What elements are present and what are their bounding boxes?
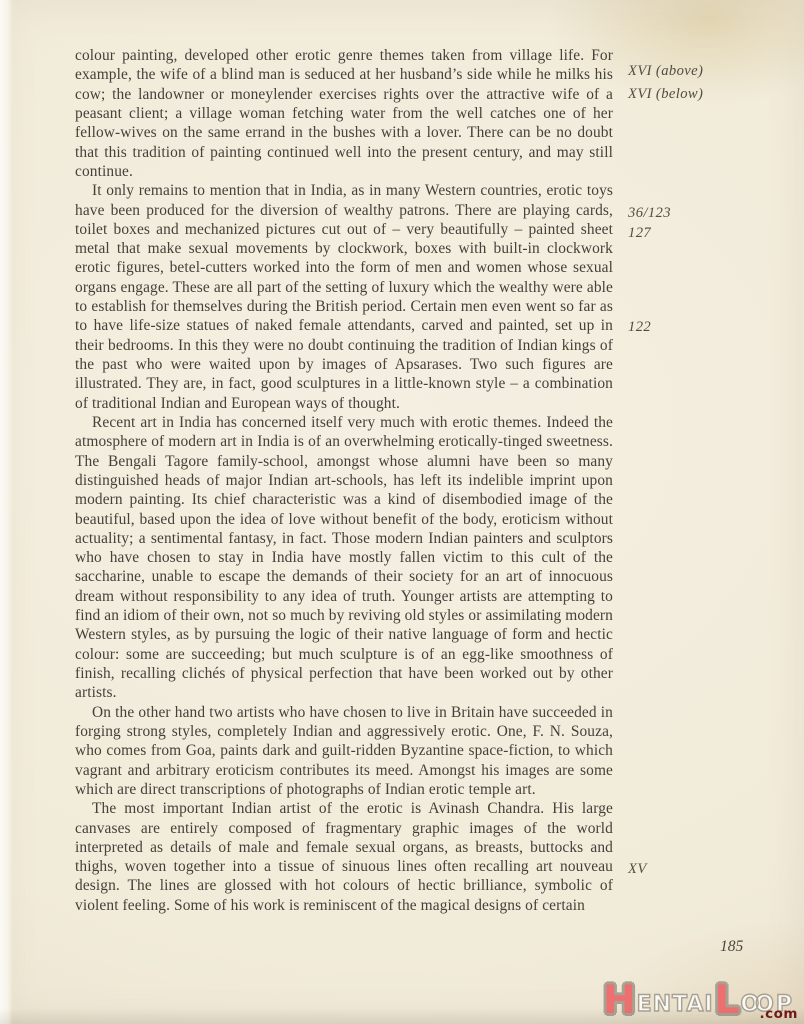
paragraph: It only remains to mention that in India… [75, 181, 613, 413]
paragraph: On the other hand two artists who have c… [75, 703, 613, 800]
margin-note-figure-ref: XV [628, 862, 647, 877]
paragraph: The most important Indian artist of the … [75, 799, 613, 915]
book-page-scan: colour painting, developed other erotic … [0, 0, 804, 1024]
page-number: 185 [720, 938, 743, 956]
page-left-edge [0, 0, 13, 1024]
paragraph: colour painting, developed other erotic … [75, 46, 613, 181]
paragraph: Recent art in India has concerned itself… [75, 413, 613, 703]
body-text: colour painting, developed other erotic … [75, 46, 613, 915]
margin-note-figure-ref: XVI (above) [628, 64, 703, 79]
scan-bottom-shadow [0, 1008, 804, 1024]
margin-note-figure-ref: 127 [628, 226, 651, 241]
margin-note-figure-ref: XVI (below) [628, 87, 703, 102]
margin-note-figure-ref: 36/123 [628, 206, 671, 221]
margin-note-figure-ref: 122 [628, 320, 651, 335]
